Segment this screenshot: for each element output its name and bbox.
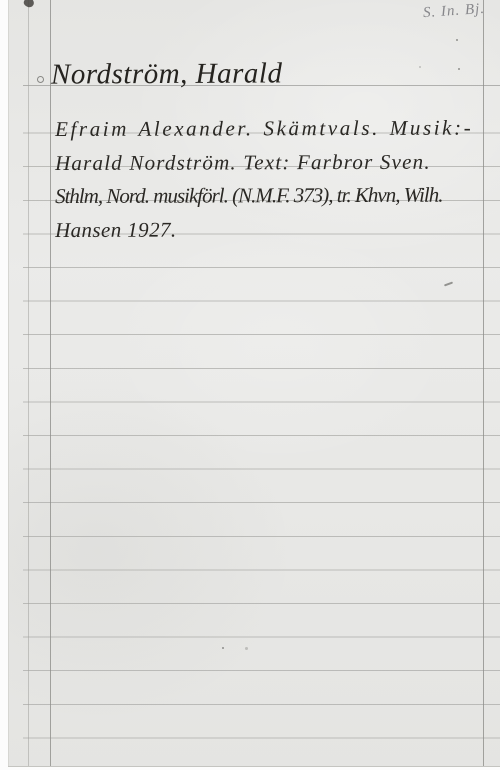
- shelf-mark: S. In. Bj.: [422, 1, 485, 22]
- scanned-catalog-card-page: { "card": { "shelf_mark": "S. In. Bj.", …: [0, 0, 500, 770]
- small-circle-mark: [37, 76, 44, 83]
- dust-speck: [419, 66, 421, 68]
- dust-speck: [456, 39, 458, 41]
- dust-speck: [222, 647, 224, 649]
- card-heading: Nordström, Harald: [51, 57, 283, 91]
- entry-line-3: Sthlm, Nord. musikförl. (N.M.F. 373), tr…: [55, 183, 443, 209]
- entry-line-4: Hansen 1927.: [55, 218, 177, 243]
- dust-speck: [245, 647, 248, 650]
- entry-line-1: Efraim Alexander. Skämtvals. Musik:-: [55, 116, 473, 142]
- catalog-card: S. In. Bj. Nordström, Harald Efraim Alex…: [8, 0, 500, 766]
- dust-speck: [458, 68, 460, 70]
- right-margin-line: [483, 0, 484, 766]
- left-outer-margin-line: [28, 0, 29, 766]
- entry-line-2: Harald Nordström. Text: Farbror Sven.: [55, 150, 431, 176]
- ink-smudge: [22, 0, 35, 9]
- left-inner-margin-line: [50, 0, 51, 766]
